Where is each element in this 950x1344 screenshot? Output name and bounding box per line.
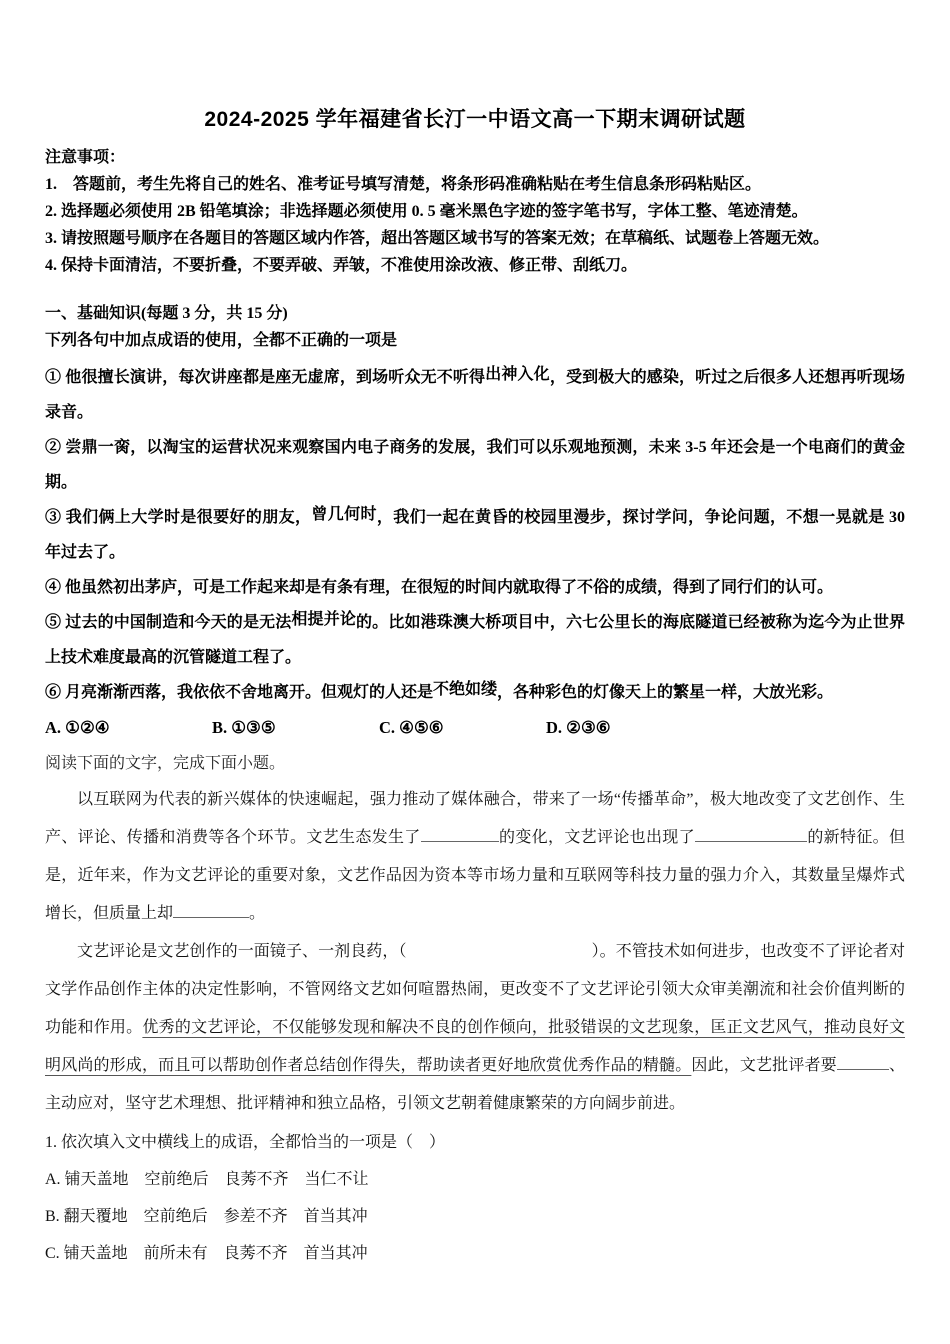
sentence-text: ⑥ 月亮渐渐西落，我依依不舍地离开。但观灯的人还是 [45,684,433,701]
fill-in-blank-4 [837,1056,889,1070]
reading-instruction: 阅读下面的文字，完成下面小题。 [45,746,905,781]
idiom-emphasis: 曾几何时 [311,506,377,523]
question-1-option-b: B. 翻天覆地 空前绝后 参差不齐 首当其冲 [45,1198,905,1235]
idiom-emphasis: 初出茅庐 [113,579,177,596]
notice-item-4: 4. 保持卡面清洁，不要折叠，不要弄破、弄皱，不准使用涂改液、修正带、刮纸刀。 [45,252,905,279]
idiom-emphasis: 相提并论 [291,611,356,628]
idiom-emphasis: 不绝如缕 [433,681,497,698]
question-1-option-a: A. 铺天盖地 空前绝后 良莠不齐 当仁不让 [45,1161,905,1198]
idiom-sentence-3: ③ 我们俩上大学时是很要好的朋友，曾几何时，我们一起在黄昏的校园里漫步，探讨学问… [45,500,905,570]
idiom-emphasis: 出神入化 [485,366,550,383]
notice-item-3: 3. 请按照题号顺序在各题目的答题区域内作答，超出答题区域书写的答案无效；在草稿… [45,225,905,252]
section-one-heading: 一、基础知识(每题 3 分，共 15 分) [45,300,905,327]
idiom-sentence-4: ④ 他虽然初出茅庐，可是工作起来却是有条有理，在很短的时间内就取得了不俗的成绩，… [45,570,905,605]
reading-passage: 以互联网为代表的新兴媒体的快速崛起，强力推动了媒体融合，带来了一场“传播革命”，… [45,781,905,1123]
option-d: D. ②③⑥ [546,710,713,746]
idiom-sentence-1: ① 他很擅长演讲，每次讲座都是座无虚席，到场听众无不听得出神入化，受到极大的感染… [45,360,905,430]
passage-text: 的变化，文艺评论也出现了 [499,829,695,846]
page-title: 2024-2025 学年福建省长汀一中语文高一下期末调研试题 [45,0,905,136]
section-one-question-stem: 下列各句中加点成语的使用，全都不正确的一项是 [45,327,905,354]
passage-paragraph-1: 以互联网为代表的新兴媒体的快速崛起，强力推动了媒体融合，带来了一场“传播革命”，… [45,781,905,933]
sentence-text: ③ 我们俩上大学时是很要好的朋友， [45,509,311,526]
idiom-sentence-5: ⑤ 过去的中国制造和今天的是无法相提并论的。比如港珠澳大桥项目中，六七公里长的海… [45,605,905,675]
idiom-sentence-2: ② 尝鼎一脔，以淘宝的运营状况来观察国内电子商务的发展，我们可以乐观地预测，未来… [45,430,905,500]
idiom-emphasis: 尝鼎一脔 [65,439,130,456]
question-1-stem: 1. 依次填入文中横线上的成语，全都恰当的一项是（ ） [45,1124,905,1161]
sentence-text: ④ 他虽然 [45,579,113,596]
question-1-option-c: C. 铺天盖地 前所未有 良莠不齐 首当其冲 [45,1235,905,1272]
sentence-text: ② [45,439,65,456]
passage-text: 因此，文艺批评者要 [691,1057,836,1074]
sentence-text: ① 他很擅长演讲，每次讲座都是座无虚席，到场听众无不听得 [45,369,485,386]
option-a: A. ①②④ [45,710,212,746]
notice-item-1: 1. 答题前，考生先将自己的姓名、准考证号填写清楚，将条形码准确粘贴在考生信息条… [45,171,905,198]
sentence-text: ，以淘宝的运营状况来观察国内电子商务的发展，我们可以乐观地预测，未来 3-5 年… [45,439,905,491]
fill-in-blank-2 [695,828,807,842]
bracket-blank [407,955,592,956]
fill-in-blank-3 [173,904,249,918]
section-one-options-row: A. ①②④ B. ①③⑤ C. ④⑤⑥ D. ②③⑥ [45,710,905,746]
sentence-text: ，各种彩色的灯像天上的繁星一样，大放光彩。 [497,684,833,701]
option-b: B. ①③⑤ [212,710,379,746]
notice-heading: 注意事项： [45,144,905,171]
notice-item-2: 2. 选择题必须使用 2B 铅笔填涂；非选择题必须使用 0. 5 毫米黑色字迹的… [45,198,905,225]
idiom-sentence-list: ① 他很擅长演讲，每次讲座都是座无虚席，到场听众无不听得出神入化，受到极大的感染… [45,360,905,710]
idiom-sentence-6: ⑥ 月亮渐渐西落，我依依不舍地离开。但观灯的人还是不绝如缕，各种彩色的灯像天上的… [45,675,905,710]
passage-paragraph-2: 文艺评论是文艺创作的一面镜子、一剂良药，（）。不管技术如何进步，也改变不了评论者… [45,933,905,1123]
sentence-text: ，可是工作起来却是有条有理，在很短的时间内就取得了不俗的成绩，得到了同行们的认可… [177,579,833,596]
option-c: C. ④⑤⑥ [379,710,546,746]
passage-text: 。 [249,905,265,922]
passage-text: 文艺评论是文艺创作的一面镜子、一剂良药，（ [77,943,407,960]
fill-in-blank-1 [421,828,499,842]
sentence-text: ⑤ 过去的中国制造和今天的是无法 [45,614,291,631]
exam-paper-page: 2024-2025 学年福建省长汀一中语文高一下期末调研试题 注意事项： 1. … [0,0,950,1272]
